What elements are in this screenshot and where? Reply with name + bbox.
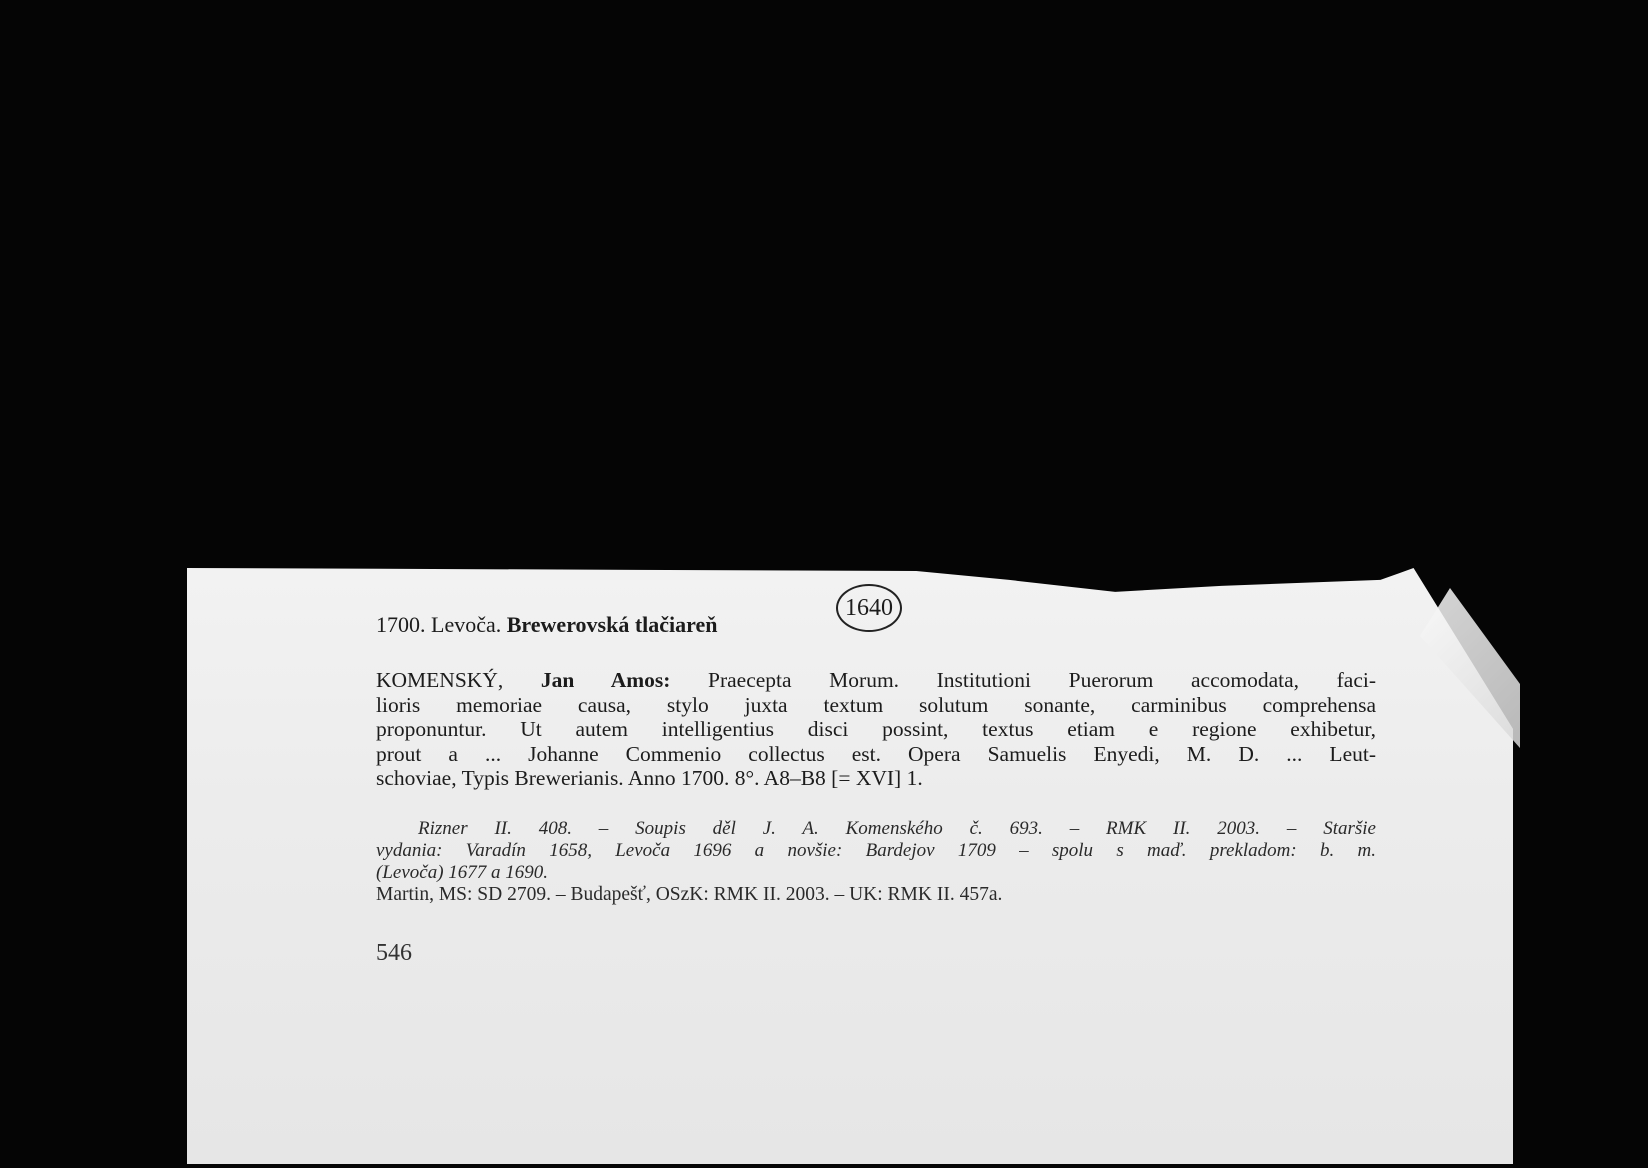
page-number: 546 — [376, 940, 412, 967]
holdings: Martin, MS: SD 2709. – Budapešť, OSzK: R… — [376, 884, 1002, 906]
catalog-number-circled: 1640 — [836, 584, 902, 632]
imprint-year-place: 1700. Levoča. — [376, 612, 501, 637]
reference-line: vydania: Varadín 1658, Levoča 1696 a nov… — [376, 840, 1376, 862]
entry-line: KOMENSKÝ, Jan Amos: Praecepta Morum. Ins… — [376, 668, 1376, 693]
reference-line: Rizner II. 408. – Soupis děl J. A. Komen… — [376, 818, 1376, 840]
entry-line: lioris memoriae causa, stylo juxta textu… — [376, 693, 1376, 718]
references: Rizner II. 408. – Soupis děl J. A. Komen… — [376, 818, 1376, 884]
bibliographic-entry: KOMENSKÝ, Jan Amos: Praecepta Morum. Ins… — [376, 668, 1376, 791]
entry-line: schoviae, Typis Brewerianis. Anno 1700. … — [376, 766, 1376, 791]
entry-line: proponuntur. Ut autem intelligentius dis… — [376, 717, 1376, 742]
reference-line: (Levoča) 1677 a 1690. — [376, 862, 1376, 884]
imprint-printer: Brewerovská tlačiareň — [507, 612, 718, 637]
entry-line: prout a ... Johanne Commenio collectus e… — [376, 742, 1376, 767]
imprint-heading: 1700. Levoča. Brewerovská tlačiareň — [376, 612, 718, 638]
